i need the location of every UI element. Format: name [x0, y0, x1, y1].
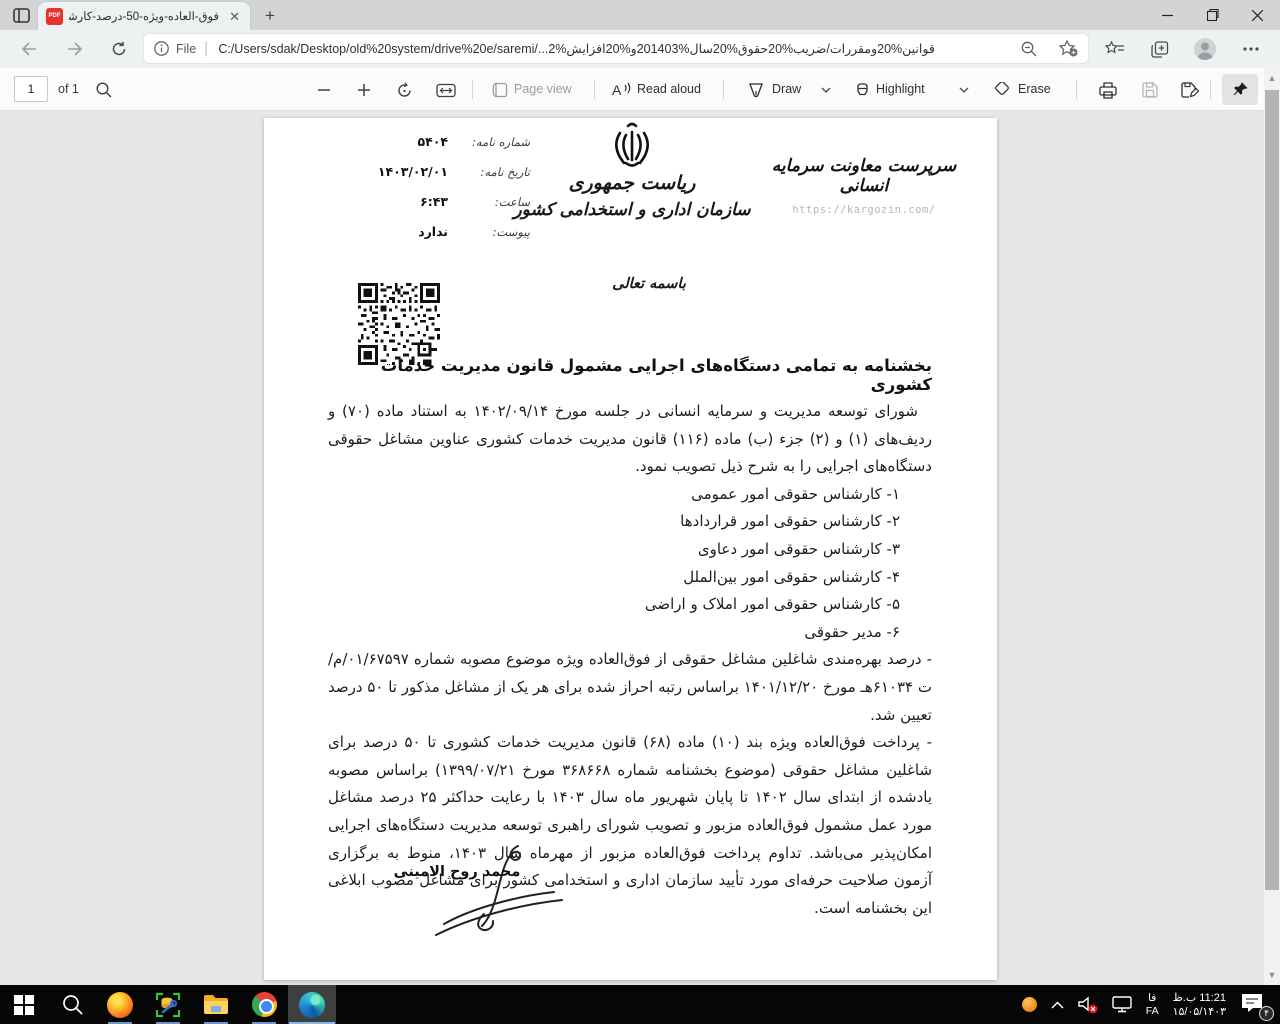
window-restore-button[interactable]: [1190, 0, 1235, 30]
scrollbar-thumb[interactable]: [1265, 90, 1279, 890]
read-aloud-label[interactable]: Read aloud: [637, 82, 701, 96]
website-watermark: https://kargozin.com/: [764, 204, 964, 216]
notification-center-button[interactable]: ۴: [1240, 992, 1270, 1018]
tab-title: فوق-العاده-ویژه-50-درصد-کارشنا: [69, 9, 219, 23]
highlight-label[interactable]: Highlight: [876, 82, 925, 96]
page-view-icon: [491, 82, 509, 98]
list-item: ۶- مدیر حقوقی: [328, 619, 900, 647]
erase-button[interactable]: [990, 78, 1014, 102]
tab-pdf-document[interactable]: PDF فوق-العاده-ویژه-50-درصد-کارشنا ✕: [38, 2, 250, 30]
zoom-out-page-icon[interactable]: [1021, 41, 1037, 57]
system-tray: فا FA 11:21 ب.ظ ۱۵/۰۵/۱۴۰۳ ۴: [1022, 985, 1280, 1024]
save-as-icon: [1181, 82, 1199, 99]
chrome-icon: [252, 992, 277, 1017]
signer-name: محمد روح الامینی: [382, 864, 532, 880]
chevron-down-icon: [821, 87, 831, 93]
taskbar-firefox-button[interactable]: [96, 985, 144, 1024]
signature-scrawl: [422, 840, 572, 945]
draw-dropdown-button[interactable]: [814, 78, 838, 102]
save-as-button[interactable]: [1178, 78, 1202, 102]
favorites-list-icon: [1105, 41, 1125, 57]
forward-button[interactable]: [62, 37, 88, 61]
file-protocol-label: File: [176, 42, 196, 56]
refresh-icon: [111, 41, 127, 57]
volume-muted-icon[interactable]: [1078, 996, 1098, 1014]
letter-date-row: تاریخ نامه: ۱۴۰۳/۰۲/۰۱: [320, 164, 530, 194]
add-favorite-icon[interactable]: [1059, 40, 1078, 57]
zoom-in-button[interactable]: [352, 78, 376, 102]
draw-label[interactable]: Draw: [772, 82, 801, 96]
org-presidency-line: ریاست جمهوری: [532, 172, 732, 194]
zoom-out-button[interactable]: [312, 78, 336, 102]
list-item: ۱- کارشناس حقوقی امور عمومی: [328, 481, 900, 509]
letter-time-value: ۶:۴۳: [420, 194, 448, 209]
collections-button[interactable]: [1147, 37, 1173, 61]
list-item: ۵- کارشناس حقوقی امور املاک و اراضی: [328, 591, 900, 619]
clock-time: 11:21 ب.ظ: [1173, 991, 1226, 1005]
start-button[interactable]: [0, 985, 48, 1024]
draw-pen-icon: [748, 82, 764, 99]
taskbar-explorer-button[interactable]: [192, 985, 240, 1024]
pdf-page: شماره نامه: ۵۴۰۴ تاریخ نامه: ۱۴۰۳/۰۲/۰۱ …: [264, 118, 997, 980]
find-in-document-button[interactable]: [92, 78, 116, 102]
language-latin-label: FA: [1146, 1005, 1159, 1018]
save-button[interactable]: [1138, 78, 1162, 102]
pdf-viewer-canvas[interactable]: شماره نامه: ۵۴۰۴ تاریخ نامه: ۱۴۰۳/۰۲/۰۱ …: [0, 111, 1264, 985]
rotate-icon: [396, 82, 413, 99]
svg-text:A: A: [612, 82, 622, 98]
highlight-dropdown-button[interactable]: [952, 78, 976, 102]
print-button[interactable]: [1096, 78, 1120, 102]
windows-taskbar: فا FA 11:21 ب.ظ ۱۵/۰۵/۱۴۰۳ ۴: [0, 985, 1280, 1024]
paragraph-approval: شورای توسعه مدیریت و سرمایه انسانی در جل…: [328, 398, 932, 481]
taskbar-clock[interactable]: 11:21 ب.ظ ۱۵/۰۵/۱۴۰۳: [1173, 991, 1226, 1019]
read-aloud-button[interactable]: A: [610, 78, 634, 102]
edge-icon: [299, 992, 325, 1018]
iran-emblem-icon: [610, 122, 654, 172]
profile-avatar[interactable]: [1192, 37, 1218, 61]
circular-title: بخشنامه به تمامی دستگاه‌های اجرایی مشمول…: [328, 356, 932, 394]
highlight-button[interactable]: [850, 78, 874, 102]
scroll-down-icon[interactable]: ▼: [1267, 970, 1277, 980]
letter-meta-fields: شماره نامه: ۵۴۰۴ تاریخ نامه: ۱۴۰۳/۰۲/۰۱ …: [320, 134, 530, 254]
deputy-calligraphy: سرپرست معاونت سرمایه انسانی: [764, 156, 964, 196]
list-item: ۳- کارشناس حقوقی امور دعاوی: [328, 536, 900, 564]
taskbar-edge-button[interactable]: [288, 985, 336, 1024]
page-view-button[interactable]: [488, 78, 512, 102]
highlighter-icon: [854, 82, 871, 99]
search-icon: [96, 82, 112, 98]
taskbar-chrome-button[interactable]: [240, 985, 288, 1024]
window-close-button[interactable]: [1235, 0, 1280, 30]
save-icon: [1142, 82, 1158, 98]
taskbar-capture-tool-button[interactable]: [144, 985, 192, 1024]
taskbar-search-icon: [62, 994, 83, 1015]
rotate-button[interactable]: [392, 78, 416, 102]
browser-tab-strip: PDF فوق-العاده-ویژه-50-درصد-کارشنا ✕ +: [0, 0, 1280, 30]
address-bar[interactable]: File | C:/Users/sdak/Desktop/old%20syste…: [144, 34, 1088, 63]
paragraph-percentage: - درصد بهره‌مندی شاغلین مشاغل حقوقی از ف…: [328, 646, 932, 729]
letter-number-value: ۵۴۰۴: [417, 134, 448, 149]
letter-date-label: تاریخ نامه:: [468, 165, 530, 179]
window-minimize-button[interactable]: [1145, 0, 1190, 30]
page-info-icon[interactable]: [154, 41, 169, 56]
clock-date: ۱۵/۰۵/۱۴۰۳: [1173, 1005, 1226, 1019]
capture-tool-icon: [155, 992, 181, 1018]
pdf-file-icon: PDF: [46, 8, 63, 25]
network-icon[interactable]: [1112, 996, 1132, 1013]
windows-logo-icon: [14, 995, 34, 1015]
fit-width-icon: [436, 83, 456, 98]
tab-actions-icon: [13, 8, 30, 23]
tab-close-icon[interactable]: ✕: [227, 8, 242, 25]
notification-badge: ۴: [1259, 1006, 1274, 1021]
letter-number-label: شماره نامه:: [468, 135, 530, 149]
list-item: ۲- کارشناس حقوقی امور قراردادها: [328, 508, 900, 536]
erase-label[interactable]: Erase: [1018, 82, 1051, 96]
firefox-icon: [107, 992, 133, 1018]
browser-navbar: File | C:/Users/sdak/Desktop/old%20syste…: [0, 30, 1280, 68]
eraser-icon: [993, 82, 1011, 98]
new-tab-button[interactable]: +: [258, 5, 282, 27]
taskbar-search-button[interactable]: [48, 985, 96, 1024]
page-scrollbar[interactable]: ▲ ▼: [1264, 68, 1280, 985]
letter-attachment-row: پیوست: ندارد: [320, 224, 530, 254]
scroll-up-icon[interactable]: ▲: [1267, 73, 1277, 83]
favorites-bar-button[interactable]: [1102, 37, 1128, 61]
language-indicator[interactable]: فا FA: [1146, 992, 1159, 1018]
avatar-icon: [1193, 37, 1217, 61]
window-controls: [1145, 0, 1280, 30]
read-aloud-icon: A: [612, 82, 632, 98]
back-button[interactable]: [16, 37, 42, 61]
forward-arrow-icon: [67, 42, 83, 56]
letter-date-value: ۱۴۰۳/۰۲/۰۱: [378, 164, 448, 179]
list-item: ۴- کارشناس حقوقی امور بین‌الملل: [328, 564, 900, 592]
ellipsis-icon: [1243, 47, 1259, 51]
back-arrow-icon: [21, 42, 37, 56]
collections-icon: [1151, 41, 1169, 58]
printer-icon: [1099, 82, 1117, 99]
file-explorer-icon: [203, 994, 229, 1016]
page-view-label[interactable]: Page view: [514, 82, 572, 96]
tray-chevron-up-icon[interactable]: [1051, 1001, 1064, 1009]
pdf-toolbar: of 1 Page view A Read aloud Draw Highlig…: [0, 68, 1264, 111]
signature-block: محمد روح الامینی: [382, 840, 582, 950]
browser-menu-button[interactable]: [1238, 37, 1264, 61]
job-titles-list: ۱- کارشناس حقوقی امور عمومی ۲- کارشناس ح…: [328, 481, 932, 647]
qr-code: [358, 283, 440, 365]
basmala-text: باسمه تعالی: [594, 276, 704, 292]
pin-toolbar-button[interactable]: [1222, 74, 1258, 105]
address-separator: |: [204, 40, 208, 58]
language-native-label: فا: [1146, 992, 1159, 1005]
address-url-text[interactable]: C:/Users/sdak/Desktop/old%20system/drive…: [218, 41, 938, 56]
tab-actions-menu-button[interactable]: [8, 3, 34, 27]
page-number-input[interactable]: [14, 76, 48, 102]
page-count-label: of 1: [58, 82, 79, 96]
letter-attachment-value: ندارد: [418, 224, 448, 239]
letter-attachment-label: پیوست:: [468, 225, 530, 239]
chevron-down-icon: [959, 87, 969, 93]
fit-to-width-button[interactable]: [434, 78, 458, 102]
tray-app-icon[interactable]: [1022, 997, 1037, 1012]
pin-icon: [1233, 82, 1248, 97]
draw-button[interactable]: [744, 78, 768, 102]
refresh-button[interactable]: [106, 37, 132, 61]
letter-number-row: شماره نامه: ۵۴۰۴: [320, 134, 530, 164]
org-name-line: سازمان اداری و استخدامی کشور: [482, 200, 782, 220]
